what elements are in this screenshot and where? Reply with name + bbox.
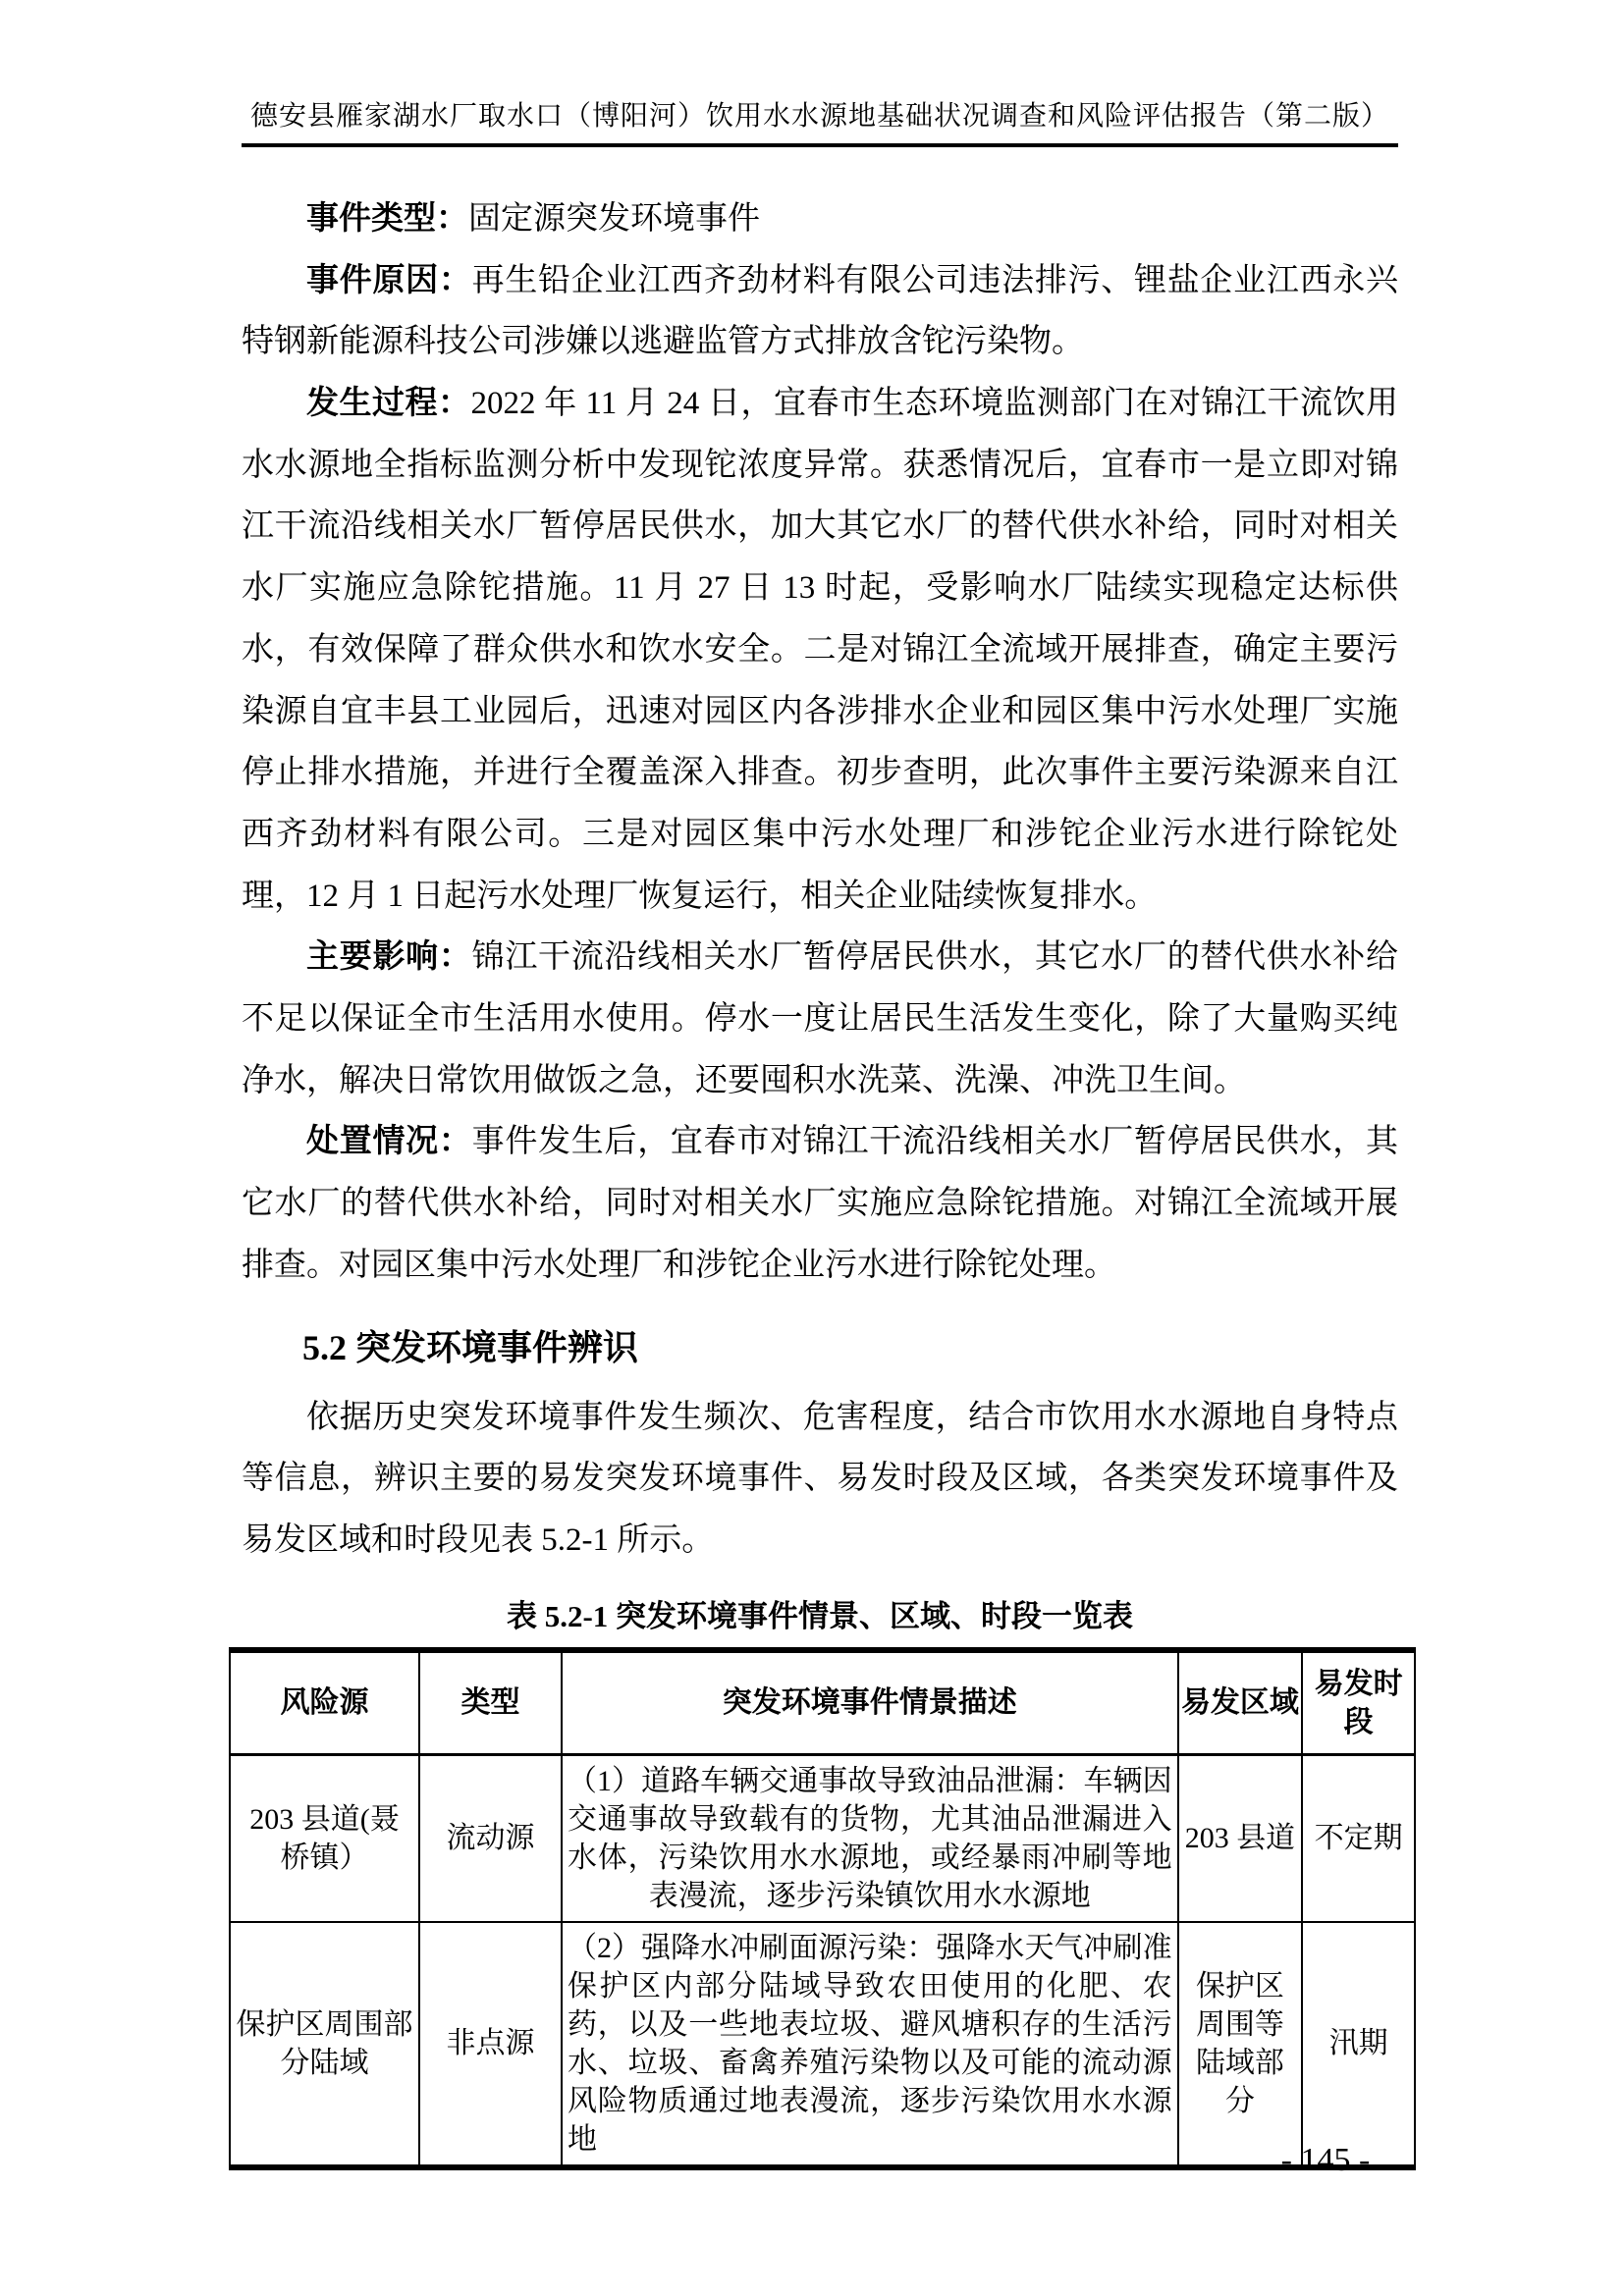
paragraph-section-intro: 依据历史突发环境事件发生频次、危害程度，结合市饮用水水源地自身特点等信息，辨识主…: [242, 1387, 1398, 1572]
col-header-scenario-description: 突发环境事件情景描述: [562, 1650, 1178, 1755]
col-header-type: 类型: [419, 1650, 562, 1755]
cell-type: 流动源: [419, 1754, 562, 1922]
section-heading-5-2: 5.2 突发环境事件辨识: [242, 1323, 1398, 1372]
table-row-mobile-source: 203 县道(聂桥镇） 流动源 （1）道路车辆交通事故导致油品泄漏：车辆因交通事…: [230, 1754, 1415, 1922]
cell-description: （1）道路车辆交通事故导致油品泄漏：车辆因交通事故导致载有的货物，尤其油品泄漏进…: [562, 1754, 1178, 1922]
paragraph-event-process-text: 2022 年 11 月 24 日，宜春市生态环境监测部门在对锦江干流饮用水水源地…: [242, 386, 1398, 914]
page-number: - 145 -: [1247, 2142, 1404, 2179]
cell-type: 非点源: [419, 1922, 562, 2167]
col-header-prone-period: 易发时段: [1302, 1650, 1415, 1755]
paragraph-main-impact-label: 主要影响：: [306, 939, 472, 975]
paragraph-event-type: 事件类型：固定源突发环境事件: [242, 188, 1398, 250]
col-header-prone-area: 易发区域: [1178, 1650, 1303, 1755]
cell-description: （2）强降水冲刷面源污染：强降水天气冲刷准保护区内部分陆域导致农田使用的化肥、农…: [562, 1922, 1178, 2167]
paragraph-main-impact: 主要影响：锦江干流沿线相关水厂暂停居民供水，其它水厂的替代供水补给不足以保证全市…: [242, 927, 1398, 1111]
paragraph-event-process: 发生过程：2022 年 11 月 24 日，宜春市生态环境监测部门在对锦江干流饮…: [242, 373, 1398, 927]
paragraph-event-process-label: 发生过程：: [306, 386, 471, 421]
header-title: 德安县雁家湖水厂取水口（博阳河）饮用水水源地基础状况调查和风险评估报告（第二版）: [250, 101, 1389, 132]
paragraph-event-cause-label: 事件原因：: [306, 263, 472, 298]
cell-prone-area: 保护区周围等陆域部分: [1178, 1922, 1303, 2167]
table-header-row: 风险源 类型 突发环境事件情景描述 易发区域 易发时段: [230, 1650, 1415, 1755]
paragraph-event-type-label: 事件类型：: [306, 201, 468, 237]
col-header-risk-source: 风险源: [230, 1650, 419, 1755]
body-text: 事件类型：固定源突发环境事件 事件原因：再生铅企业江西齐劲材料有限公司违法排污、…: [242, 188, 1398, 2170]
risk-scenario-table: 风险源 类型 突发环境事件情景描述 易发区域 易发时段 203 县道(聂桥镇） …: [229, 1647, 1416, 2170]
paragraph-event-cause: 事件原因：再生铅企业江西齐劲材料有限公司违法排污、锂盐企业江西永兴特钢新能源科技…: [242, 250, 1398, 373]
page-content: 德安县雁家湖水厂取水口（博阳河）饮用水水源地基础状况调查和风险评估报告（第二版）…: [242, 94, 1398, 2170]
paragraph-event-type-text: 固定源突发环境事件: [468, 201, 760, 237]
paragraph-section-intro-text: 依据历史突发环境事件发生频次、危害程度，结合市饮用水水源地自身特点等信息，辨识主…: [242, 1400, 1398, 1558]
table-caption: 表 5.2-1 突发环境事件情景、区域、时段一览表: [242, 1591, 1398, 1635]
cell-prone-period: 不定期: [1302, 1754, 1415, 1922]
cell-risk-source: 保护区周围部分陆域: [230, 1922, 419, 2167]
document-page: 德安县雁家湖水厂取水口（博阳河）饮用水水源地基础状况调查和风险评估报告（第二版）…: [0, 0, 1624, 2296]
page-header: 德安县雁家湖水厂取水口（博阳河）饮用水水源地基础状况调查和风险评估报告（第二版）: [242, 94, 1398, 147]
table-row-nonpoint-source: 保护区周围部分陆域 非点源 （2）强降水冲刷面源污染：强降水天气冲刷准保护区内部…: [230, 1922, 1415, 2167]
paragraph-disposal: 处置情况：事件发生后，宜春市对锦江干流沿线相关水厂暂停居民供水，其它水厂的替代供…: [242, 1111, 1398, 1296]
cell-prone-area: 203 县道: [1178, 1754, 1303, 1922]
cell-prone-period: 汛期: [1302, 1922, 1415, 2167]
paragraph-disposal-label: 处置情况：: [306, 1124, 472, 1159]
cell-risk-source: 203 县道(聂桥镇）: [230, 1754, 419, 1922]
